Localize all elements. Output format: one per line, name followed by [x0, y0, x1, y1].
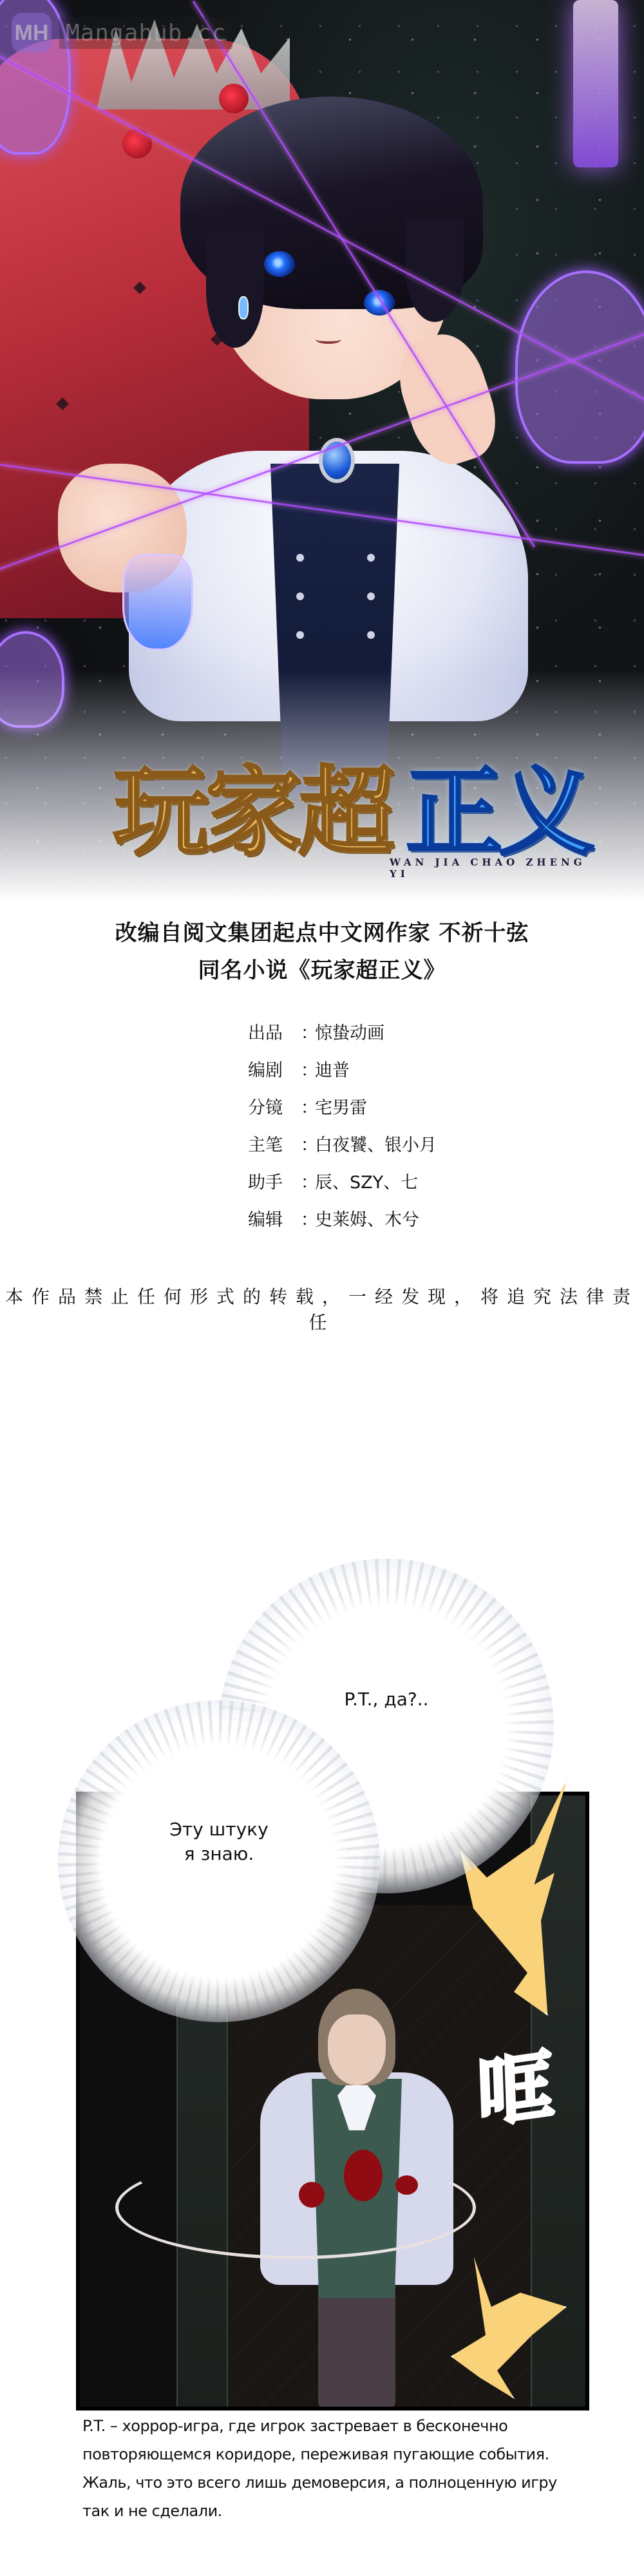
staff-colon: ：: [301, 1019, 315, 1044]
staff-role: 分镜: [248, 1094, 301, 1119]
staff-colon: ：: [301, 1131, 315, 1156]
staff-role: 编剧: [248, 1056, 301, 1081]
glowing-candle: [573, 0, 618, 167]
staff-name: 惊蛰动画: [315, 1019, 384, 1044]
title-pinyin: WAN JIA CHAO ZHENG YI: [390, 857, 602, 880]
vest-button: [367, 631, 375, 639]
staff-row-lead-artist: 主笔 ： 白夜饕、银小月: [248, 1124, 437, 1162]
hair-strand: [206, 232, 264, 348]
staff-role: 助手: [248, 1168, 301, 1193]
hair-strand: [406, 219, 464, 322]
trousers: [318, 2285, 395, 2410]
staff-colon: ：: [301, 1168, 315, 1193]
copyright-notice: 本作品禁止任何形式的转载，一经发现，将追究法律责任: [0, 1283, 644, 1334]
staff-colon: ：: [301, 1056, 315, 1081]
title-gold-part: 玩家超: [113, 734, 391, 873]
cover-illustration: 玩家超 正义 WAN JIA CHAO ZHENG YI MH Mangahub…: [0, 0, 644, 902]
staff-role: 主笔: [248, 1131, 301, 1156]
speech-text-top: P.T., да?..: [303, 1687, 470, 1712]
staff-row-editors: 编辑 ： 史莱姆、木兮: [248, 1199, 437, 1236]
title-logo: 玩家超 正义 WAN JIA CHAO ZHENG YI: [113, 734, 602, 850]
glowing-vial: [122, 554, 193, 650]
smile: [316, 335, 341, 344]
adaptation-line-1: 改编自阅文集团起点中文网作家 不祈十弦: [0, 914, 644, 952]
speech-text-left: Эту штуку я знаю.: [138, 1817, 299, 1866]
speech-line: P.T., да?..: [344, 1689, 428, 1710]
staff-colon: ：: [301, 1094, 315, 1119]
staff-colon: ：: [301, 1206, 315, 1231]
staff-name: 白夜饕、银小月: [315, 1131, 437, 1156]
vest-button: [296, 592, 304, 600]
staff-row-assistants: 助手 ： 辰、SZY、七: [248, 1162, 437, 1199]
adaptation-credits: 改编自阅文集团起点中文网作家 不祈十弦 同名小说《玩家超正义》: [0, 914, 644, 989]
eye-left: [264, 251, 295, 277]
face: [328, 2014, 386, 2085]
adaptation-line-2: 同名小说《玩家超正义》: [0, 952, 644, 989]
vest-button: [367, 554, 375, 562]
vest-button: [296, 631, 304, 639]
staff-row-producer: 出品 ： 惊蛰动画: [248, 1012, 437, 1050]
staff-role: 编辑: [248, 1206, 301, 1231]
staff-role: 出品: [248, 1019, 301, 1044]
chair-tuft: [56, 397, 69, 410]
vest-button: [367, 592, 375, 600]
title-blue-part: 正义: [406, 734, 591, 873]
staff-name: 宅男雷: [315, 1094, 367, 1119]
staff-list: 出品 ： 惊蛰动画 编剧 ： 迪普 分镜 ： 宅男雷 主笔 ： 白夜饕、银小月 …: [248, 1012, 437, 1236]
sound-effect: 哐: [475, 2023, 556, 2145]
site-watermark: MH Mangahub.cc: [12, 13, 232, 53]
watermark-logo-icon: MH: [12, 13, 52, 53]
motion-ring: [115, 2156, 476, 2259]
staff-row-screenwriter: 编剧 ： 迪普: [248, 1050, 437, 1087]
staff-name: 辰、SZY、七: [315, 1168, 418, 1193]
translator-note: P.T. – хоррор-игра, где игрок застревает…: [82, 2412, 572, 2525]
eye-right: [364, 290, 395, 316]
speech-line: Эту штуку: [138, 1817, 299, 1842]
staff-name: 迪普: [315, 1056, 350, 1081]
earring: [238, 296, 249, 319]
speech-line: я знаю.: [138, 1842, 299, 1866]
staff-row-storyboard: 分镜 ： 宅男雷: [248, 1087, 437, 1124]
watermark-text: Mangahub.cc: [59, 17, 232, 49]
vest-button: [296, 554, 304, 562]
staff-name: 史莱姆、木兮: [315, 1206, 419, 1231]
